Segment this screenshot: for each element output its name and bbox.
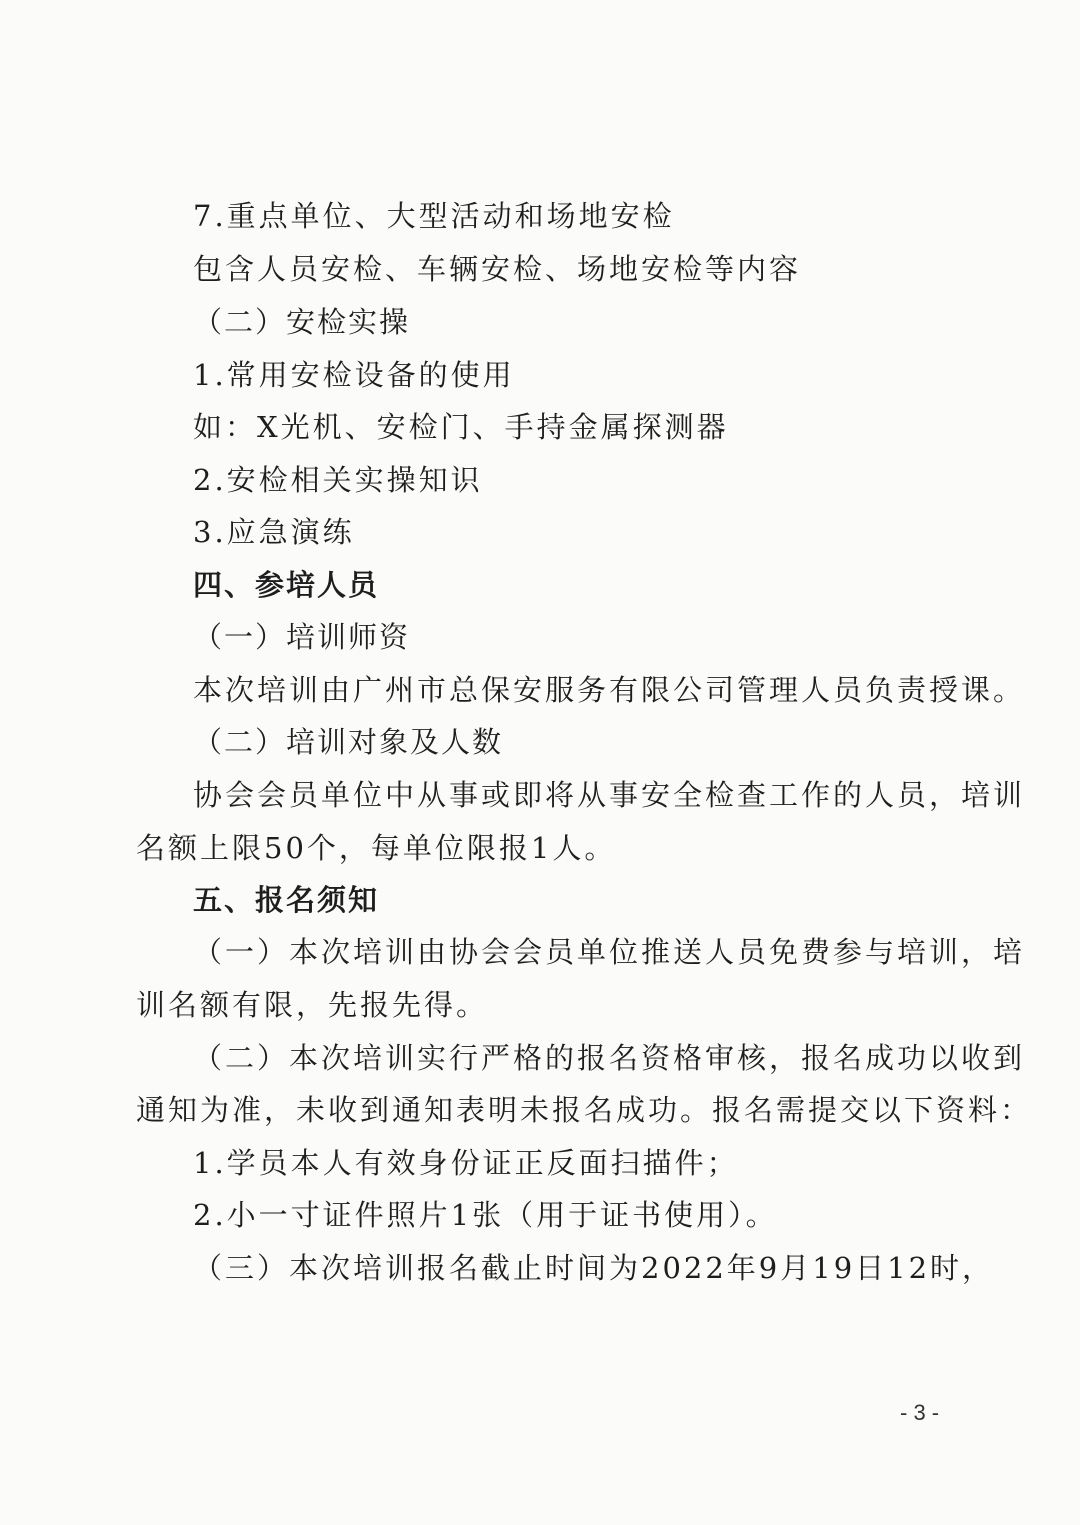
- paragraph: （一）本次培训由协会会员单位推送人员免费参与培训，培: [193, 934, 1025, 970]
- paragraph: 名额上限50个，每单位限报1人。: [136, 830, 616, 866]
- subsection-heading: （二）安检实操: [193, 304, 410, 340]
- list-item-1: 1.常用安检设备的使用: [193, 357, 515, 393]
- paragraph: （三）本次培训报名截止时间为2022年9月19日12时，: [193, 1250, 994, 1286]
- list-item-2: 2.小一寸证件照片1张（用于证书使用）。: [193, 1197, 778, 1233]
- paragraph: 包含人员安检、车辆安检、场地安检等内容: [193, 251, 801, 287]
- paragraph: 训名额有限，先报先得。: [136, 987, 488, 1023]
- list-item-7: 7.重点单位、大型活动和场地安检: [193, 198, 675, 234]
- paragraph: 如：X光机、安检门、手持金属探测器: [193, 409, 729, 445]
- paragraph: 协会会员单位中从事或即将从事安全检查工作的人员，培训: [193, 777, 1025, 813]
- section-heading: 五、报名须知: [193, 882, 379, 918]
- page-number: - 3 -: [900, 1400, 939, 1426]
- document-page: 7.重点单位、大型活动和场地安检 包含人员安检、车辆安检、场地安检等内容 （二）…: [0, 0, 1080, 1525]
- section-heading: 四、参培人员: [193, 567, 379, 603]
- paragraph: 本次培训由广州市总保安服务有限公司管理人员负责授课。: [193, 672, 1025, 708]
- paragraph: 通知为准，未收到通知表明未报名成功。报名需提交以下资料：: [136, 1092, 1032, 1128]
- list-item-2: 2.安检相关实操知识: [193, 462, 483, 498]
- list-item-1: 1.学员本人有效身份证正反面扫描件；: [193, 1145, 739, 1181]
- subsection-heading: （二）培训对象及人数: [193, 724, 503, 760]
- paragraph: （二）本次培训实行严格的报名资格审核，报名成功以收到: [193, 1040, 1025, 1076]
- subsection-heading: （一）培训师资: [193, 619, 410, 655]
- list-item-3: 3.应急演练: [193, 514, 355, 550]
